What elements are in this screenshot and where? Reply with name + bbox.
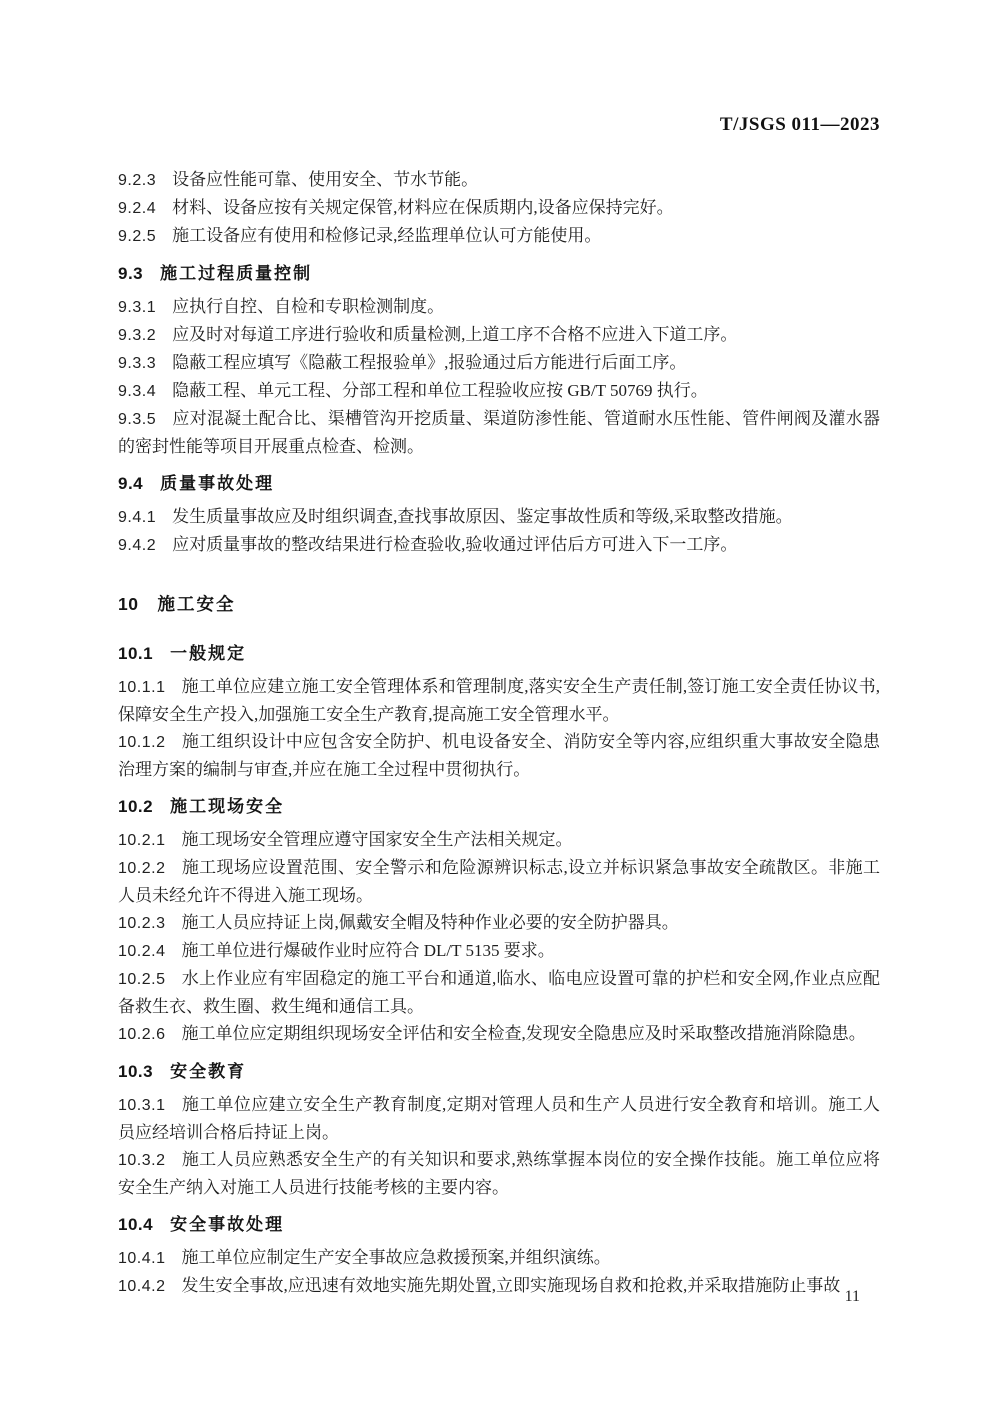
heading-text: 施工过程质量控制 — [160, 264, 312, 283]
heading-text: 安全教育 — [170, 1062, 246, 1081]
clause-number: 9.2.3 — [118, 172, 156, 189]
heading-number: 10.4 — [118, 1215, 153, 1234]
clause-text: 施工单位进行爆破作业时应符合 DL/T 5135 要求。 — [181, 941, 554, 960]
clause-10.2.1: 10.2.1施工现场安全管理应遵守国家安全生产法相关规定。 — [118, 826, 880, 854]
clause-10.4.1: 10.4.1施工单位应制定生产安全事故应急救援预案,并组织演练。 — [118, 1244, 880, 1272]
clause-number: 9.4.1 — [118, 509, 156, 526]
clause-10.3.2: 10.3.2施工人员应熟悉安全生产的有关知识和要求,熟练掌握本岗位的安全操作技能… — [118, 1146, 880, 1201]
heading-10.4: 10.4安全事故处理 — [118, 1211, 880, 1238]
clause-10.1.1: 10.1.1施工单位应建立施工安全管理体系和管理制度,落实安全生产责任制,签订施… — [118, 673, 880, 728]
clause-9.3.2: 9.3.2应及时对每道工序进行验收和质量检测,上道工序不合格不应进入下道工序。 — [118, 321, 880, 349]
clause-9.3.4: 9.3.4隐蔽工程、单元工程、分部工程和单位工程验收应按 GB/T 50769 … — [118, 377, 880, 405]
clause-text: 设备应性能可靠、使用安全、节水节能。 — [172, 170, 478, 189]
clause-text: 应执行自控、自检和专职检测制度。 — [172, 297, 444, 316]
clause-text: 施工组织设计中应包含安全防护、机电设备安全、消防安全等内容,应组织重大事故安全隐… — [118, 732, 880, 779]
page-number: 11 — [845, 1288, 860, 1305]
clause-number: 9.3.3 — [118, 355, 156, 372]
heading-text: 施工现场安全 — [170, 797, 284, 816]
page-header: T/JSGS 011—2023 — [118, 114, 880, 136]
clause-text: 隐蔽工程应填写《隐蔽工程报验单》,报验通过后方能进行后面工序。 — [172, 353, 686, 372]
clause-10.2.4: 10.2.4施工单位进行爆破作业时应符合 DL/T 5135 要求。 — [118, 937, 880, 965]
clause-text: 水上作业应有牢固稳定的施工平台和通道,临水、临电应设置可靠的护栏和安全网,作业点… — [118, 969, 880, 1016]
page-footer: 11 — [118, 1288, 860, 1306]
clause-number: 9.3.1 — [118, 299, 156, 316]
clause-text: 应及时对每道工序进行验收和质量检测,上道工序不合格不应进入下道工序。 — [172, 325, 737, 344]
clause-9.4.1: 9.4.1发生质量事故应及时组织调查,查找事故原因、鉴定事故性质和等级,采取整改… — [118, 503, 880, 531]
clause-number: 9.3.2 — [118, 327, 156, 344]
document-page: T/JSGS 011—2023 9.2.3设备应性能可靠、使用安全、节水节能。9… — [0, 0, 992, 1403]
clause-text: 材料、设备应按有关规定保管,材料应在保质期内,设备应保持完好。 — [172, 198, 674, 217]
clause-text: 隐蔽工程、单元工程、分部工程和单位工程验收应按 GB/T 50769 执行。 — [172, 381, 708, 400]
clause-number: 10.3.2 — [118, 1152, 165, 1169]
heading-number: 9.4 — [118, 474, 143, 493]
heading-text: 一般规定 — [170, 644, 246, 663]
standard-code: T/JSGS 011—2023 — [720, 114, 880, 135]
heading-10: 10施工安全 — [118, 591, 880, 618]
clause-number: 9.3.4 — [118, 383, 156, 400]
clause-10.1.2: 10.1.2施工组织设计中应包含安全防护、机电设备安全、消防安全等内容,应组织重… — [118, 728, 880, 783]
clause-number: 9.2.4 — [118, 200, 156, 217]
heading-number: 10.3 — [118, 1062, 153, 1081]
clause-9.2.5: 9.2.5施工设备应有使用和检修记录,经监理单位认可方能使用。 — [118, 222, 880, 250]
clause-text: 施工人员应熟悉安全生产的有关知识和要求,熟练掌握本岗位的安全操作技能。施工单位应… — [118, 1150, 880, 1197]
clause-number: 9.3.5 — [118, 411, 156, 428]
clause-9.4.2: 9.4.2应对质量事故的整改结果进行检查验收,验收通过评估后方可进入下一工序。 — [118, 531, 880, 559]
clause-10.2.6: 10.2.6施工单位应定期组织现场安全评估和安全检查,发现安全隐患应及时采取整改… — [118, 1020, 880, 1048]
heading-10.2: 10.2施工现场安全 — [118, 793, 880, 820]
clause-text: 施工单位应定期组织现场安全评估和安全检查,发现安全隐患应及时采取整改措施消除隐患… — [181, 1024, 865, 1043]
clause-9.3.5: 9.3.5应对混凝土配合比、渠槽管沟开挖质量、渠道防渗性能、管道耐水压性能、管件… — [118, 405, 880, 460]
clause-9.2.4: 9.2.4材料、设备应按有关规定保管,材料应在保质期内,设备应保持完好。 — [118, 194, 880, 222]
clause-10.3.1: 10.3.1施工单位应建立安全生产教育制度,定期对管理人员和生产人员进行安全教育… — [118, 1091, 880, 1146]
clause-number: 10.2.4 — [118, 943, 165, 960]
heading-number: 10.2 — [118, 797, 153, 816]
heading-number: 9.3 — [118, 264, 143, 283]
clause-9.3.1: 9.3.1应执行自控、自检和专职检测制度。 — [118, 293, 880, 321]
heading-9.3: 9.3施工过程质量控制 — [118, 260, 880, 287]
heading-number: 10 — [118, 594, 138, 614]
document-content: 9.2.3设备应性能可靠、使用安全、节水节能。9.2.4材料、设备应按有关规定保… — [118, 166, 880, 1300]
clause-number: 10.2.6 — [118, 1026, 165, 1043]
clause-text: 施工现场安全管理应遵守国家安全生产法相关规定。 — [181, 830, 572, 849]
heading-10.3: 10.3安全教育 — [118, 1058, 880, 1085]
clause-9.2.3: 9.2.3设备应性能可靠、使用安全、节水节能。 — [118, 166, 880, 194]
clause-text: 施工单位应建立施工安全管理体系和管理制度,落实安全生产责任制,签订施工安全责任协… — [118, 677, 880, 724]
clause-10.2.3: 10.2.3施工人员应持证上岗,佩戴安全帽及特种作业必要的安全防护器具。 — [118, 909, 880, 937]
heading-text: 安全事故处理 — [170, 1215, 284, 1234]
clause-10.2.2: 10.2.2施工现场应设置范围、安全警示和危险源辨识标志,设立并标识紧急事故安全… — [118, 854, 880, 909]
clause-number: 10.2.2 — [118, 860, 165, 877]
clause-number: 10.2.1 — [118, 832, 165, 849]
heading-number: 10.1 — [118, 644, 153, 663]
clause-text: 施工设备应有使用和检修记录,经监理单位认可方能使用。 — [172, 226, 601, 245]
clause-text: 应对质量事故的整改结果进行检查验收,验收通过评估后方可进入下一工序。 — [172, 535, 737, 554]
clause-number: 9.4.2 — [118, 537, 156, 554]
clause-text: 施工人员应持证上岗,佩戴安全帽及特种作业必要的安全防护器具。 — [181, 913, 678, 932]
clause-number: 10.3.1 — [118, 1097, 165, 1114]
clause-text: 施工单位应制定生产安全事故应急救援预案,并组织演练。 — [181, 1248, 610, 1267]
heading-9.4: 9.4质量事故处理 — [118, 470, 880, 497]
clause-number: 10.2.5 — [118, 971, 165, 988]
clause-text: 应对混凝土配合比、渠槽管沟开挖质量、渠道防渗性能、管道耐水压性能、管件闸阀及灌水… — [118, 409, 880, 456]
clause-number: 9.2.5 — [118, 228, 156, 245]
clause-number: 10.2.3 — [118, 915, 165, 932]
clause-text: 发生质量事故应及时组织调查,查找事故原因、鉴定事故性质和等级,采取整改措施。 — [172, 507, 793, 526]
heading-text: 施工安全 — [157, 594, 235, 614]
heading-10.1: 10.1一般规定 — [118, 640, 880, 667]
clause-number: 10.1.2 — [118, 734, 165, 751]
clause-text: 施工单位应建立安全生产教育制度,定期对管理人员和生产人员进行安全教育和培训。施工… — [118, 1095, 880, 1142]
clause-9.3.3: 9.3.3隐蔽工程应填写《隐蔽工程报验单》,报验通过后方能进行后面工序。 — [118, 349, 880, 377]
clause-text: 施工现场应设置范围、安全警示和危险源辨识标志,设立并标识紧急事故安全疏散区。非施… — [118, 858, 880, 905]
clause-number: 10.1.1 — [118, 679, 165, 696]
clause-number: 10.4.1 — [118, 1250, 165, 1267]
heading-text: 质量事故处理 — [160, 474, 274, 493]
clause-10.2.5: 10.2.5水上作业应有牢固稳定的施工平台和通道,临水、临电应设置可靠的护栏和安… — [118, 965, 880, 1020]
